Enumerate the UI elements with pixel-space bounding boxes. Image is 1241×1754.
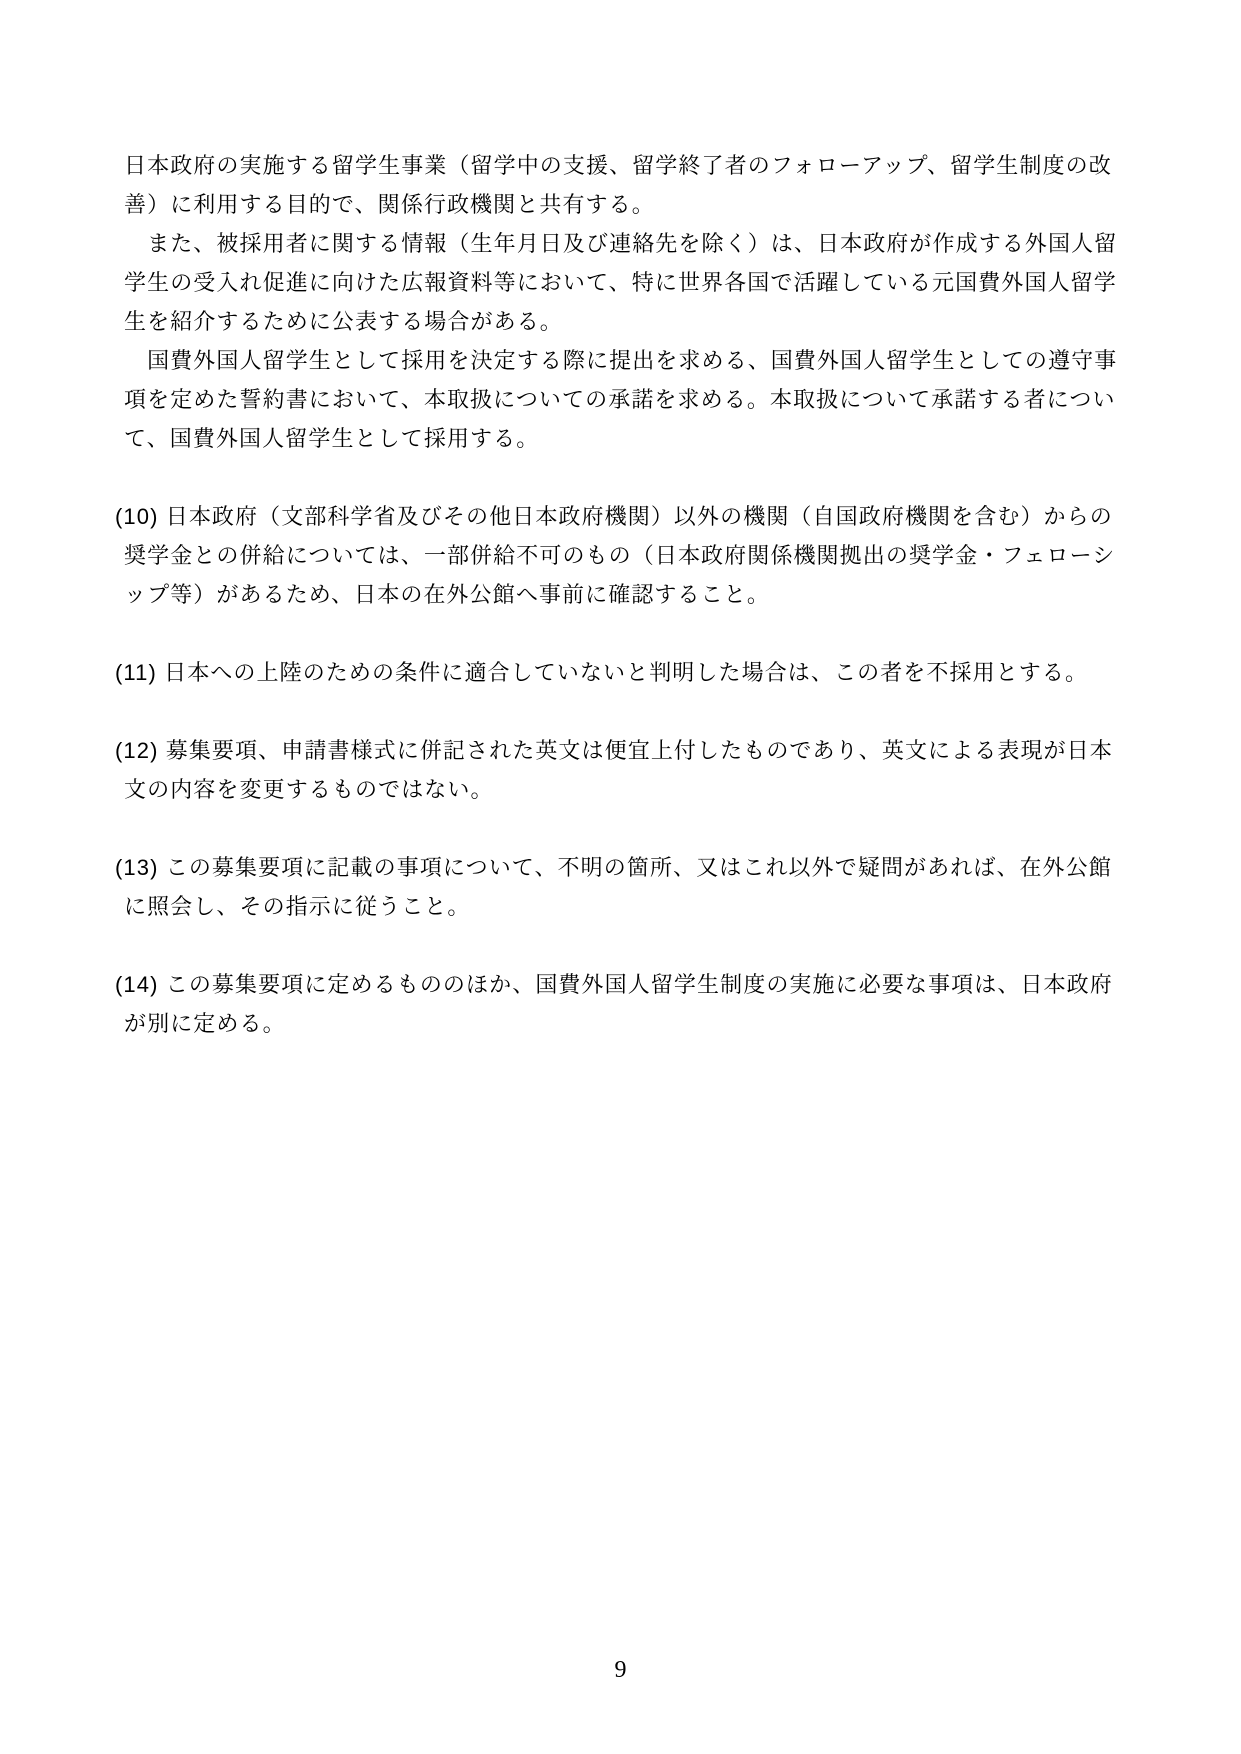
text-line: 日本政府の実施する留学生事業（留学中の支援、留学終了者のフォローアップ、留学生制… [115,146,1125,185]
text-line: 善）に利用する目的で、関係行政機関と共有する。 [115,185,1125,224]
text-line: 国費外国人留学生として採用を決定する際に提出を求める、国費外国人留学生としての遵… [115,341,1125,380]
text-line: (10) 日本政府（文部科学省及びその他日本政府機関）以外の機関（自国政府機関を… [115,497,1125,536]
text-line: て、国費外国人留学生として採用する。 [115,419,1125,458]
text-line: に照会し、その指示に従うこと。 [115,887,1125,926]
page-number: 9 [0,1655,1241,1685]
text-line: 奨学金との併給については、一部併給不可のもの（日本政府関係機関拠出の奨学金・フェ… [115,536,1125,575]
document-body: 日本政府の実施する留学生事業（留学中の支援、留学終了者のフォローアップ、留学生制… [115,146,1125,1043]
text-line: (14) この募集要項に定めるもののほか、国費外国人留学生制度の実施に必要な事項… [115,965,1125,1004]
numbered-item-10: (10) 日本政府（文部科学省及びその他日本政府機関）以外の機関（自国政府機関を… [115,497,1125,614]
text-line: 学生の受入れ促進に向けた広報資料等において、特に世界各国で活躍している元国費外国… [115,263,1125,302]
document-page: 日本政府の実施する留学生事業（留学中の支援、留学終了者のフォローアップ、留学生制… [0,0,1241,1754]
text-line: ップ等）があるため、日本の在外公館へ事前に確認すること。 [115,575,1125,614]
numbered-item-11: (11) 日本への上陸のための条件に適合していないと判明した場合は、この者を不採… [115,653,1125,692]
text-line: 生を紹介するために公表する場合がある。 [115,302,1125,341]
numbered-item-12: (12) 募集要項、申請書様式に併記された英文は便宜上付したものであり、英文によ… [115,731,1125,809]
text-line: (12) 募集要項、申請書様式に併記された英文は便宜上付したものであり、英文によ… [115,731,1125,770]
text-line: (13) この募集要項に記載の事項について、不明の箇所、又はこれ以外で疑問があれ… [115,848,1125,887]
body-paragraph: 日本政府の実施する留学生事業（留学中の支援、留学終了者のフォローアップ、留学生制… [115,146,1125,458]
text-line: (11) 日本への上陸のための条件に適合していないと判明した場合は、この者を不採… [115,653,1125,692]
numbered-item-13: (13) この募集要項に記載の事項について、不明の箇所、又はこれ以外で疑問があれ… [115,848,1125,926]
text-line: また、被採用者に関する情報（生年月日及び連絡先を除く）は、日本政府が作成する外国… [115,224,1125,263]
text-line: が別に定める。 [115,1004,1125,1043]
text-line: 項を定めた誓約書において、本取扱についての承諾を求める。本取扱について承諾する者… [115,380,1125,419]
text-line: 文の内容を変更するものではない。 [115,770,1125,809]
numbered-item-14: (14) この募集要項に定めるもののほか、国費外国人留学生制度の実施に必要な事項… [115,965,1125,1043]
